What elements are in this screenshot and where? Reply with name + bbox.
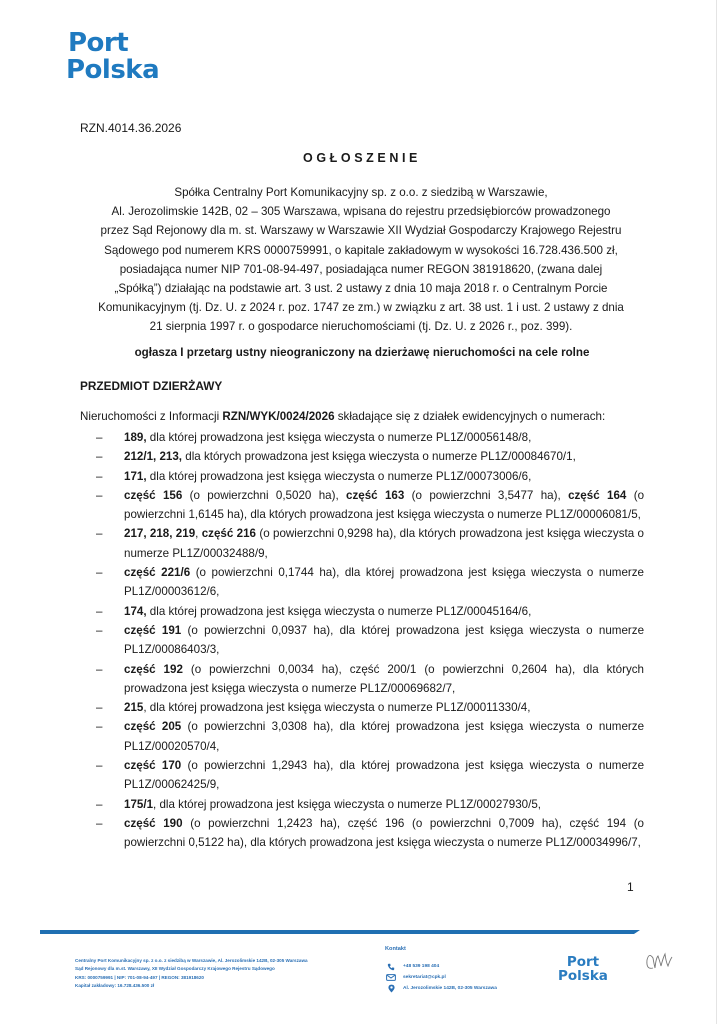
parcel-text: , dla której prowadzona jest księga wiec… [143,701,530,714]
list-item: –część 191 (o powierzchni 0,0937 ha), dl… [96,621,644,660]
parcel-text: dla której prowadzona jest księga wieczy… [147,605,532,618]
logo-line-2: Polska [66,57,159,84]
parcel-number: 212/1, 213, [124,450,182,463]
contact-phone-text: +48 539 198 404 [403,964,439,969]
parcel-number: 189, [124,431,147,444]
contact-heading: Kontakt [385,946,497,952]
bullet-dash: – [96,717,102,736]
mail-icon [385,974,397,981]
bullet-dash: – [96,524,102,543]
location-pin-icon [385,984,397,993]
parcel-number: część 191 [124,624,181,637]
lead-after: składające się z działek ewidencyjnych o… [335,410,606,423]
parcel-text: dla których prowadzona jest księga wiecz… [182,450,576,463]
document-title: OGŁOSZENIE [0,151,724,165]
intro-line: „Spółką”) działając na podstawie art. 3 … [78,279,644,298]
intro-line: przez Sąd Rejonowy dla m. st. Warszawy w… [78,221,644,240]
intro-line: posiadająca numer NIP 701-08-94-497, pos… [78,260,644,279]
announcement: ogłasza I przetarg ustny nieograniczony … [0,346,724,359]
footer-company-line: Kapitał zakładowy: 16.728.436.500 zł [75,982,308,990]
parcel-number: część 205 [124,720,181,733]
list-item: –215, dla której prowadzona jest księga … [96,698,644,717]
list-item: –175/1, dla której prowadzona jest księg… [96,795,644,814]
bullet-dash: – [96,563,102,582]
contact-phone: +48 539 198 404 [385,961,497,972]
bullet-dash: – [96,698,102,717]
footer-company-line: Centralny Port Komunikacyjny sp. z o.o. … [75,957,308,965]
parcel-number: część 164 [568,489,626,502]
footer-company-info: Centralny Port Komunikacyjny sp. z o.o. … [75,957,308,991]
phone-icon [385,963,397,971]
bullet-dash: – [96,428,102,447]
document-reference: RZN.4014.36.2026 [80,121,181,135]
bullet-dash: – [96,756,102,775]
parcel-text: (o powierzchni 1,2943 ha), dla której pr… [124,759,644,791]
list-item: –171, dla której prowadzona jest księga … [96,467,644,486]
footer-logo-line-2: Polska [558,969,608,983]
parcel-text: (o powierzchni 0,0937 ha), dla której pr… [124,624,644,656]
bullet-dash: – [96,447,102,466]
contact-email-text: sekretariat@cpk.pl [403,975,446,980]
list-item: –174, dla której prowadzona jest księga … [96,602,644,621]
list-item: –część 156 (o powierzchni 0,5020 ha), cz… [96,486,644,525]
parcel-number: część 170 [124,759,181,772]
list-item: –część 192 (o powierzchni 0,0034 ha), cz… [96,660,644,699]
footer-logo: Port Polska [558,955,608,983]
list-item: –217, 218, 219, część 216 (o powierzchni… [96,524,644,563]
parcel-number: część 190 [124,817,183,830]
parcel-text: dla której prowadzona jest księga wieczy… [147,431,532,444]
lead-reference: RZN/WYK/0024/2026 [222,410,334,423]
list-item: –część 190 (o powierzchni 1,2423 ha), cz… [96,814,644,853]
bullet-dash: – [96,795,102,814]
signature [643,948,679,974]
bullet-dash: – [96,602,102,621]
bullet-dash: – [96,660,102,679]
intro-paragraph: Spółka Centralny Port Komunikacyjny sp. … [78,183,644,337]
parcel-text: (o powierzchni 0,5020 ha), [182,489,346,502]
port-polska-logo: Port Polska [66,30,159,84]
parcel-number: 215 [124,701,143,714]
bullet-dash: – [96,467,102,486]
parcel-text: (o powierzchni 1,2423 ha), część 196 (o … [124,817,644,849]
parcel-number: część 221/6 [124,566,190,579]
footer-rule [40,930,640,934]
parcel-number: część 216 [202,527,256,540]
parcel-number: 174, [124,605,147,618]
list-item: –część 170 (o powierzchni 1,2943 ha), dl… [96,756,644,795]
list-item: –część 205 (o powierzchni 3,0308 ha), dl… [96,717,644,756]
list-item: –część 221/6 (o powierzchni 0,1744 ha), … [96,563,644,602]
lead-before: Nieruchomości z Informacji [80,410,222,423]
parcel-text: (o powierzchni 3,0308 ha), dla której pr… [124,720,644,752]
parcel-text: (o powierzchni 3,5477 ha), [404,489,568,502]
parcel-text: dla której prowadzona jest księga wieczy… [147,470,532,483]
parcel-text: (o powierzchni 0,0034 ha), część 200/1 (… [124,663,644,695]
intro-line: Al. Jerozolimskie 142B, 02 – 305 Warszaw… [78,202,644,221]
parcel-text: , dla której prowadzona jest księga wiec… [153,798,541,811]
lead-sentence: Nieruchomości z Informacji RZN/WYK/0024/… [80,410,605,423]
list-item: –212/1, 213, dla których prowadzona jest… [96,447,644,466]
parcel-number: 217, 218, 219 [124,527,195,540]
intro-line: Spółka Centralny Port Komunikacyjny sp. … [78,183,644,202]
intro-line: 21 sierpnia 1997 r. o gospodarce nieruch… [78,317,644,336]
footer-logo-line-1: Port [558,955,608,969]
parcel-text: (o powierzchni 0,1744 ha), dla której pr… [124,566,644,598]
parcel-list: –189, dla której prowadzona jest księga … [96,428,644,853]
bullet-dash: – [96,621,102,640]
footer-company-line: KRS: 0000759991 | NIP: 701-08-94-497 | R… [75,974,308,982]
section-heading: PRZEDMIOT DZIERŻAWY [80,379,222,393]
page-number: 1 [627,880,634,894]
intro-line: Sądowego pod numerem KRS 0000759991, o k… [78,241,644,260]
parcel-number: część 156 [124,489,182,502]
contact-address-text: Al. Jerozolimskie 142B, 02-305 Warszawa [403,986,497,991]
parcel-number: 175/1 [124,798,153,811]
parcel-number: 171, [124,470,147,483]
bullet-dash: – [96,814,102,833]
parcel-number: część 163 [346,489,404,502]
footer-contact: Kontakt +48 539 198 404 sekretariat@cpk.… [385,946,497,994]
footer-company-line: Sąd Rejonowy dla m.st. Warszawy, XII Wyd… [75,965,308,973]
contact-address: Al. Jerozolimskie 142B, 02-305 Warszawa [385,983,497,994]
logo-line-1: Port [66,30,159,57]
intro-line: Komunikacyjnym (tj. Dz. U. z 2024 r. poz… [78,298,644,317]
parcel-number: część 192 [124,663,183,676]
contact-email: sekretariat@cpk.pl [385,972,497,983]
list-item: –189, dla której prowadzona jest księga … [96,428,644,447]
bullet-dash: – [96,486,102,505]
